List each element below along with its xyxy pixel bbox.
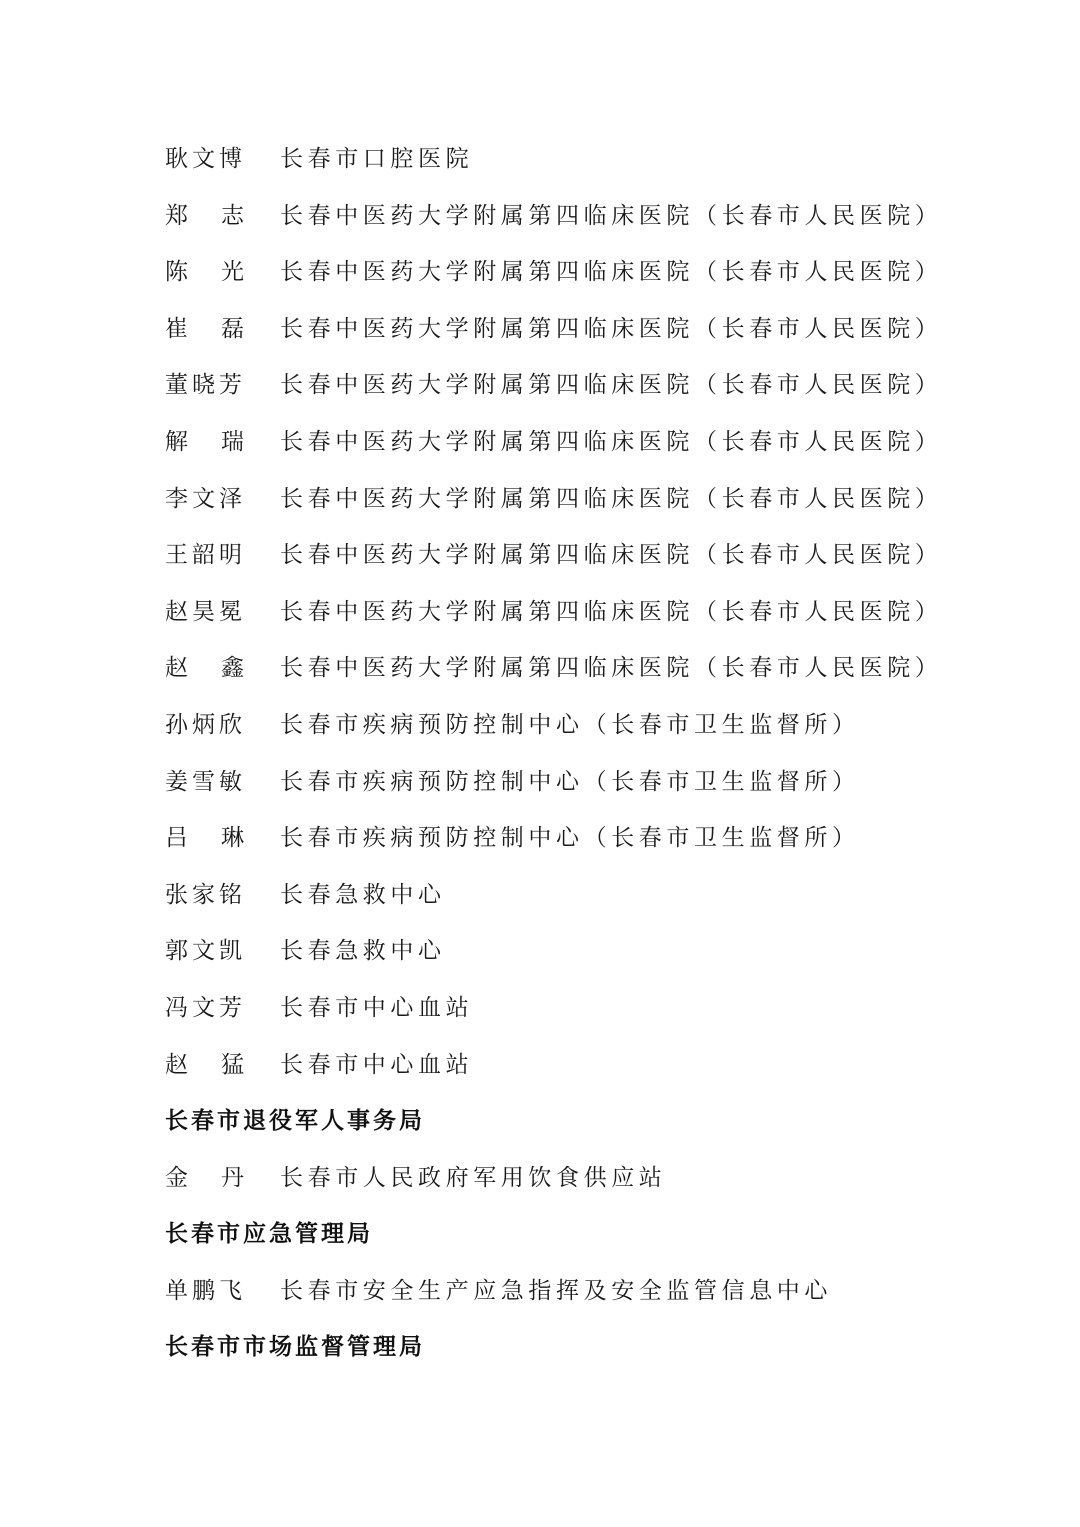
person-name-char: 单: [165, 1271, 192, 1311]
list-item: 陈光长春中医药大学附属第四临床医院（长春市人民医院）: [165, 252, 965, 309]
person-name-char: 董: [165, 365, 192, 405]
person-name-char: 张: [165, 875, 192, 915]
person-name: 孙炳欣: [165, 705, 280, 745]
person-name-char: 雪: [192, 762, 219, 802]
person-name: 李文泽: [165, 479, 280, 519]
organization-name: 长春市疾病预防控制中心（长春市卫生监督所）: [280, 818, 860, 858]
person-name-char: 郑: [165, 196, 188, 236]
list-item: 金丹长春市人民政府军用饮食供应站: [165, 1158, 965, 1215]
person-name-char: 光: [221, 252, 244, 292]
person-name-char: 吕: [165, 818, 188, 858]
list-item: 姜雪敏长春市疾病预防控制中心（长春市卫生监督所）: [165, 762, 965, 819]
person-name-char: 凯: [219, 931, 246, 971]
person-name-char: 姜: [165, 762, 192, 802]
person-name: 赵鑫: [165, 648, 280, 688]
person-name-char: 欣: [219, 705, 246, 745]
person-name: 姜雪敏: [165, 762, 280, 802]
section-heading: 长春市应急管理局: [165, 1214, 965, 1271]
person-name-char: 解: [165, 422, 188, 462]
person-name-char: 芳: [219, 988, 246, 1028]
organization-name: 长春中医药大学附属第四临床医院（长春市人民医院）: [280, 648, 942, 688]
person-name-char: 炳: [192, 705, 219, 745]
list-item: 赵猛长春市中心血站: [165, 1045, 965, 1102]
person-name: 郑志: [165, 196, 280, 236]
person-name-char: 文: [192, 139, 219, 179]
person-name-char: 耿: [165, 139, 192, 179]
person-name-char: 瑞: [221, 422, 244, 462]
person-name-char: 泽: [219, 479, 246, 519]
person-name-char: 飞: [219, 1271, 246, 1311]
list-item: 崔磊长春中医药大学附属第四临床医院（长春市人民医院）: [165, 309, 965, 366]
list-item: 吕琳长春市疾病预防控制中心（长春市卫生监督所）: [165, 818, 965, 875]
person-name-char: 文: [192, 988, 219, 1028]
list-item: 郭文凯长春急救中心: [165, 931, 965, 988]
honoree-list: 耿文博长春市口腔医院郑志长春中医药大学附属第四临床医院（长春市人民医院）陈光长春…: [165, 139, 965, 1384]
organization-name: 长春中医药大学附属第四临床医院（长春市人民医院）: [280, 422, 942, 462]
person-name-char: 芳: [219, 365, 246, 405]
section-heading: 长春市市场监督管理局: [165, 1327, 965, 1384]
person-name: 陈光: [165, 252, 280, 292]
person-name-char: 丹: [221, 1158, 244, 1198]
person-name: 吕琳: [165, 818, 280, 858]
person-name-char: 赵: [165, 1045, 188, 1085]
person-name-char: 金: [165, 1158, 188, 1198]
person-name: 解瑞: [165, 422, 280, 462]
organization-name: 长春中医药大学附属第四临床医院（长春市人民医院）: [280, 365, 942, 405]
person-name-char: 冯: [165, 988, 192, 1028]
list-item: 张家铭长春急救中心: [165, 875, 965, 932]
person-name-char: 敏: [219, 762, 246, 802]
person-name-char: 志: [221, 196, 244, 236]
person-name-char: 昊: [192, 592, 219, 632]
organization-name: 长春市中心血站: [280, 988, 473, 1028]
person-name-char: 猛: [221, 1045, 244, 1085]
list-item: 王韶明长春中医药大学附属第四临床医院（长春市人民医院）: [165, 535, 965, 592]
person-name-char: 郭: [165, 931, 192, 971]
person-name-char: 博: [219, 139, 246, 179]
organization-name: 长春急救中心: [280, 931, 446, 971]
person-name-char: 陈: [165, 252, 188, 292]
person-name-char: 晓: [192, 365, 219, 405]
list-item: 冯文芳长春市中心血站: [165, 988, 965, 1045]
organization-name: 长春中医药大学附属第四临床医院（长春市人民医院）: [280, 196, 942, 236]
person-name: 张家铭: [165, 875, 280, 915]
person-name-char: 赵: [165, 648, 188, 688]
person-name-char: 琳: [221, 818, 244, 858]
person-name-char: 崔: [165, 309, 188, 349]
person-name-char: 鹏: [192, 1271, 219, 1311]
person-name: 赵猛: [165, 1045, 280, 1085]
person-name: 金丹: [165, 1158, 280, 1198]
person-name: 耿文博: [165, 139, 280, 179]
person-name: 董晓芳: [165, 365, 280, 405]
section-heading-text: 长春市市场监督管理局: [165, 1327, 425, 1367]
list-item: 孙炳欣长春市疾病预防控制中心（长春市卫生监督所）: [165, 705, 965, 762]
person-name: 赵昊冕: [165, 592, 280, 632]
list-item: 赵鑫长春中医药大学附属第四临床医院（长春市人民医院）: [165, 648, 965, 705]
person-name-char: 孙: [165, 705, 192, 745]
person-name-char: 文: [192, 931, 219, 971]
person-name-char: 鑫: [221, 648, 244, 688]
person-name-char: 王: [165, 535, 192, 575]
organization-name: 长春市疾病预防控制中心（长春市卫生监督所）: [280, 762, 860, 802]
organization-name: 长春急救中心: [280, 875, 446, 915]
organization-name: 长春市安全生产应急指挥及安全监管信息中心: [280, 1271, 832, 1311]
person-name-char: 明: [219, 535, 246, 575]
list-item: 董晓芳长春中医药大学附属第四临床医院（长春市人民医院）: [165, 365, 965, 422]
person-name: 王韶明: [165, 535, 280, 575]
document-page: 耿文博长春市口腔医院郑志长春中医药大学附属第四临床医院（长春市人民医院）陈光长春…: [0, 0, 1080, 1527]
person-name: 冯文芳: [165, 988, 280, 1028]
list-item: 解瑞长春中医药大学附属第四临床医院（长春市人民医院）: [165, 422, 965, 479]
list-item: 赵昊冕长春中医药大学附属第四临床医院（长春市人民医院）: [165, 592, 965, 649]
organization-name: 长春中医药大学附属第四临床医院（长春市人民医院）: [280, 592, 942, 632]
section-heading-text: 长春市应急管理局: [165, 1214, 373, 1254]
person-name-char: 韶: [192, 535, 219, 575]
section-heading: 长春市退役军人事务局: [165, 1101, 965, 1158]
organization-name: 长春市疾病预防控制中心（长春市卫生监督所）: [280, 705, 860, 745]
person-name: 单鹏飞: [165, 1271, 280, 1311]
organization-name: 长春市人民政府军用饮食供应站: [280, 1158, 666, 1198]
person-name-char: 赵: [165, 592, 192, 632]
list-item: 李文泽长春中医药大学附属第四临床医院（长春市人民医院）: [165, 479, 965, 536]
organization-name: 长春中医药大学附属第四临床医院（长春市人民医院）: [280, 479, 942, 519]
organization-name: 长春中医药大学附属第四临床医院（长春市人民医院）: [280, 309, 942, 349]
person-name-char: 磊: [221, 309, 244, 349]
organization-name: 长春市中心血站: [280, 1045, 473, 1085]
person-name: 郭文凯: [165, 931, 280, 971]
person-name-char: 文: [192, 479, 219, 519]
person-name-char: 李: [165, 479, 192, 519]
section-heading-text: 长春市退役军人事务局: [165, 1101, 425, 1141]
organization-name: 长春市口腔医院: [280, 139, 473, 179]
person-name: 崔磊: [165, 309, 280, 349]
organization-name: 长春中医药大学附属第四临床医院（长春市人民医院）: [280, 535, 942, 575]
list-item: 耿文博长春市口腔医院: [165, 139, 965, 196]
organization-name: 长春中医药大学附属第四临床医院（长春市人民医院）: [280, 252, 942, 292]
person-name-char: 铭: [219, 875, 246, 915]
person-name-char: 冕: [219, 592, 246, 632]
list-item: 郑志长春中医药大学附属第四临床医院（长春市人民医院）: [165, 196, 965, 253]
person-name-char: 家: [192, 875, 219, 915]
list-item: 单鹏飞长春市安全生产应急指挥及安全监管信息中心: [165, 1271, 965, 1328]
